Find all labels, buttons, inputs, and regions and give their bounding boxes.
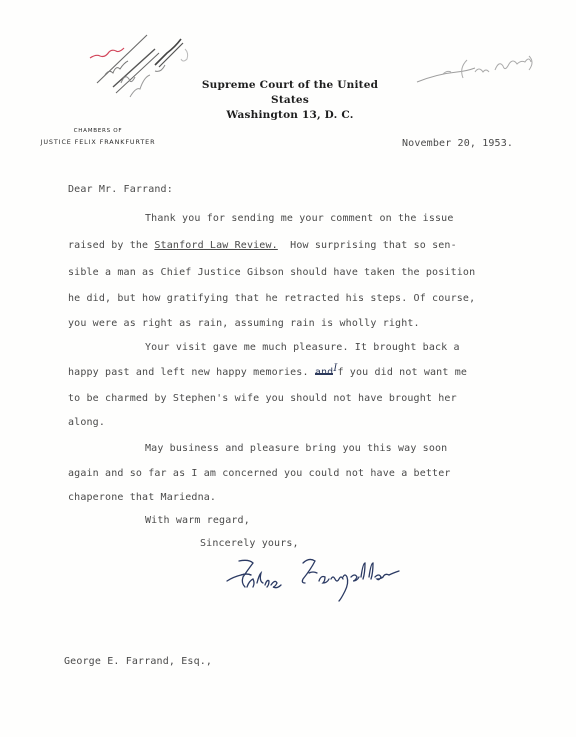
- paragraph-3-line-1: May business and pleasure bring you this…: [145, 443, 447, 454]
- recipient-address: George E. Farrand, Esq.,: [64, 656, 212, 667]
- text-segment: f you did not want me: [337, 367, 467, 378]
- letterhead: Supreme Court of the United States Washi…: [190, 78, 390, 123]
- paragraph-2-line-1: Your visit gave me much pleasure. It bro…: [145, 342, 460, 353]
- chambers-block: CHAMBERS OF JUSTICE FELIX FRANKFURTER: [28, 126, 168, 148]
- paragraph-1-line-2: raised by the Stanford Law Review. How s…: [68, 240, 457, 251]
- paragraph-3-line-3: chaperone that Mariedna.: [68, 492, 216, 503]
- letterhead-address: Washington 13, D. C.: [190, 108, 390, 123]
- paragraph-2-line-2: happy past and left new happy memories. …: [68, 367, 467, 378]
- closing-sincerely: Sincerely yours,: [200, 538, 299, 549]
- handwritten-annotation-top-left: [85, 25, 205, 105]
- closing-regard: With warm regard,: [145, 515, 250, 526]
- paragraph-1-line-1: Thank you for sending me your comment on…: [145, 213, 454, 224]
- paragraph-2-line-4: along.: [68, 417, 105, 428]
- paragraph-2-line-3: to be charmed by Stephen's wife you shou…: [68, 393, 457, 404]
- letter-date: November 20, 1953.: [402, 138, 513, 149]
- handwritten-annotation-top-right: [415, 50, 545, 90]
- chambers-label: CHAMBERS OF: [28, 126, 168, 136]
- text-segment: happy past and left new happy memories.: [68, 367, 315, 378]
- justice-name: JUSTICE FELIX FRANKFURTER: [28, 136, 168, 148]
- letterhead-court-name: Supreme Court of the United States: [190, 78, 390, 108]
- publication-title: Stanford Law Review.: [154, 240, 277, 251]
- struck-word: and: [315, 367, 334, 378]
- paragraph-3-line-2: again and so far as I am concerned you c…: [68, 468, 451, 479]
- paragraph-1-line-5: you were as right as rain, assuming rain…: [68, 318, 420, 329]
- salutation: Dear Mr. Farrand:: [68, 184, 173, 195]
- text-segment: How surprising that so sen-: [278, 240, 457, 251]
- text-segment: raised by the: [68, 240, 154, 251]
- paragraph-1-line-4: he did, but how gratifying that he retra…: [68, 293, 475, 304]
- letter-page: Supreme Court of the United States Washi…: [0, 0, 576, 737]
- ink-correction: I: [333, 363, 337, 374]
- handwritten-signature: Felix Frankfurter: [225, 555, 425, 605]
- paragraph-1-line-3: sible a man as Chief Justice Gibson shou…: [68, 267, 475, 278]
